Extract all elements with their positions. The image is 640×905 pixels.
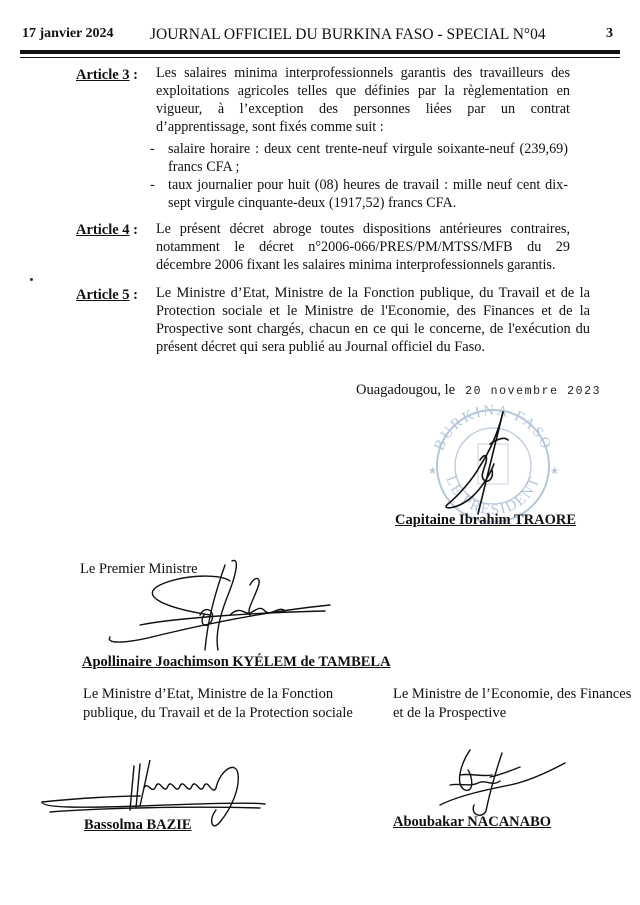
minister-economy-role: Le Ministre de l’Economie, des Finances … — [393, 685, 633, 723]
prime-minister-name: Apollinaire Joachimson KYÉLEM de TAMBELA — [82, 654, 391, 671]
minister-economy-signature-icon — [430, 745, 570, 820]
minister-economy-name: Aboubakar NACANABO — [393, 814, 551, 831]
svg-text:★: ★ — [550, 466, 559, 477]
list-item-text: taux journalier pour huit (08) heures de… — [168, 177, 568, 211]
list-item: -taux journalier pour huit (08) heures d… — [148, 176, 568, 212]
minister-labour-name: Bassolma BAZIE — [84, 817, 192, 834]
article-4-separator: : — [130, 222, 138, 238]
list-item: -salaire horaire : deux cent trente-neuf… — [148, 140, 568, 176]
svg-text:★: ★ — [428, 466, 437, 477]
article-4-text: Le présent décret abroge toutes disposit… — [156, 220, 570, 274]
article-4-label-text: Article 4 — [76, 222, 130, 238]
journal-date: 17 janvier 2024 — [22, 26, 114, 42]
signing-place: Ouagadougou, le — [356, 382, 455, 398]
header-rule-thick — [20, 50, 620, 54]
article-3-separator: : — [130, 67, 138, 83]
signing-place-date: Ouagadougou, le20 novembre 2023 — [356, 382, 601, 399]
presidential-stamp-icon: BURKINA FASO LE PRESIDENT ★ ★ — [418, 404, 568, 522]
article-3-body: Les salaires minima interprofessionnels … — [156, 64, 570, 136]
article-5-label-text: Article 5 — [76, 287, 130, 303]
signing-date: 20 novembre 2023 — [465, 385, 601, 398]
dash-bullet-icon: - — [150, 140, 155, 158]
article-5-body: Le Ministre d’Etat, Ministre de la Fonct… — [156, 284, 590, 356]
minister-labour-role: Le Ministre d’Etat, Ministre de la Fonct… — [83, 685, 383, 723]
article-3-list: -salaire horaire : deux cent trente-neuf… — [148, 140, 568, 212]
dash-bullet-icon: - — [150, 176, 155, 194]
president-name: Capitaine Ibrahim TRAORE — [395, 512, 576, 529]
scan-speck — [30, 278, 33, 281]
article-4-body: Le présent décret abroge toutes disposit… — [156, 220, 570, 274]
article-5-text: Le Ministre d’Etat, Ministre de la Fonct… — [156, 284, 590, 356]
article-5-separator: : — [130, 287, 138, 303]
article-3-text: Les salaires minima interprofessionnels … — [156, 64, 570, 136]
list-item-text: salaire horaire : deux cent trente-neuf … — [168, 141, 568, 175]
article-3-label-text: Article 3 — [76, 67, 130, 83]
article-4-label: Article 4 : — [76, 222, 138, 239]
article-3-label: Article 3 : — [76, 67, 138, 84]
header-rule-thin — [20, 57, 620, 58]
journal-title: JOURNAL OFFICIEL DU BURKINA FASO - SPECI… — [150, 26, 546, 44]
page-number: 3 — [606, 26, 613, 42]
article-5-label: Article 5 : — [76, 287, 138, 304]
prime-minister-signature-icon — [100, 555, 340, 655]
